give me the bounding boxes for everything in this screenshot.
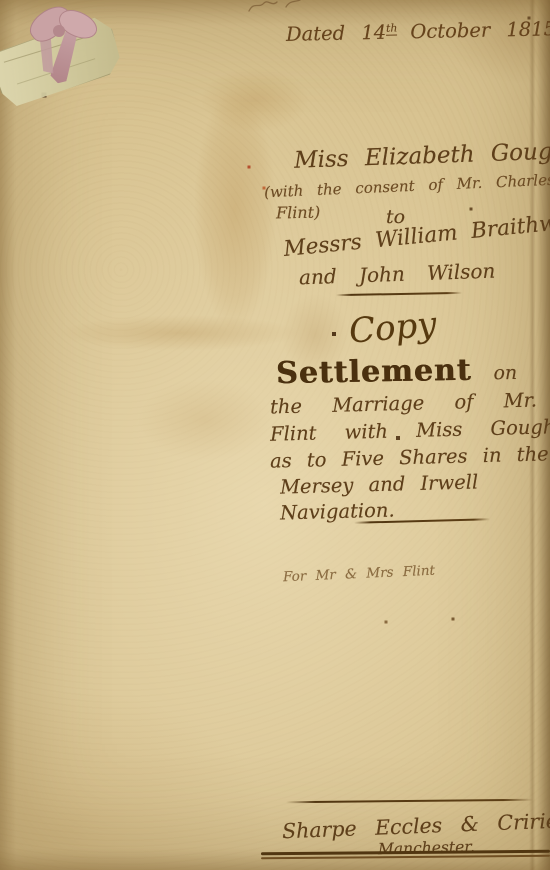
grantees-line-2: and John Wilson	[299, 259, 496, 290]
title-settlement-line: Settlementon	[276, 352, 518, 391]
title-copy: Copy	[347, 304, 438, 351]
document-page: Dated 14thOctober 1815 Miss Elizabeth Go…	[0, 0, 550, 870]
ink-speck	[0, 0, 2, 2]
parchment-seal	[0, 4, 142, 119]
title-settlement: Settlement	[276, 353, 472, 391]
file-note-line: For Mr & Mrs Flint	[283, 563, 436, 586]
dated-superscript: th	[386, 21, 398, 35]
rule-line	[261, 855, 550, 859]
grantor-name-line: Miss Elizabeth Gough	[294, 138, 550, 174]
title-on-word: on	[493, 362, 517, 384]
dated-prefix: Dated 14	[286, 21, 387, 46]
rule-line	[261, 850, 550, 855]
dated-suffix: October 1815	[410, 17, 550, 43]
grantees-line-1: Messrs William Braithwaite	[283, 207, 550, 262]
ribbon-knot-icon	[53, 25, 65, 37]
subject-line: Flint with Miss Gough	[270, 415, 550, 445]
firm-name-line: Sharpe Eccles & Cririe	[282, 809, 550, 844]
consent-line-1: (with the consent of Mr. Charles	[264, 171, 550, 202]
cropped-docket-mark-icon	[246, 0, 304, 13]
dated-line: Dated 14thOctober 1815	[286, 17, 550, 46]
subject-line: the Marriage of Mr.	[270, 389, 537, 419]
flourish-rule	[286, 799, 533, 804]
subject-line: as to Five Shares in the	[270, 442, 549, 472]
consent-line-2: Flint)	[276, 203, 321, 223]
subject-line: Mersey and Irwell	[280, 470, 479, 498]
flourish-rule	[336, 292, 462, 296]
double-rule	[261, 850, 550, 859]
